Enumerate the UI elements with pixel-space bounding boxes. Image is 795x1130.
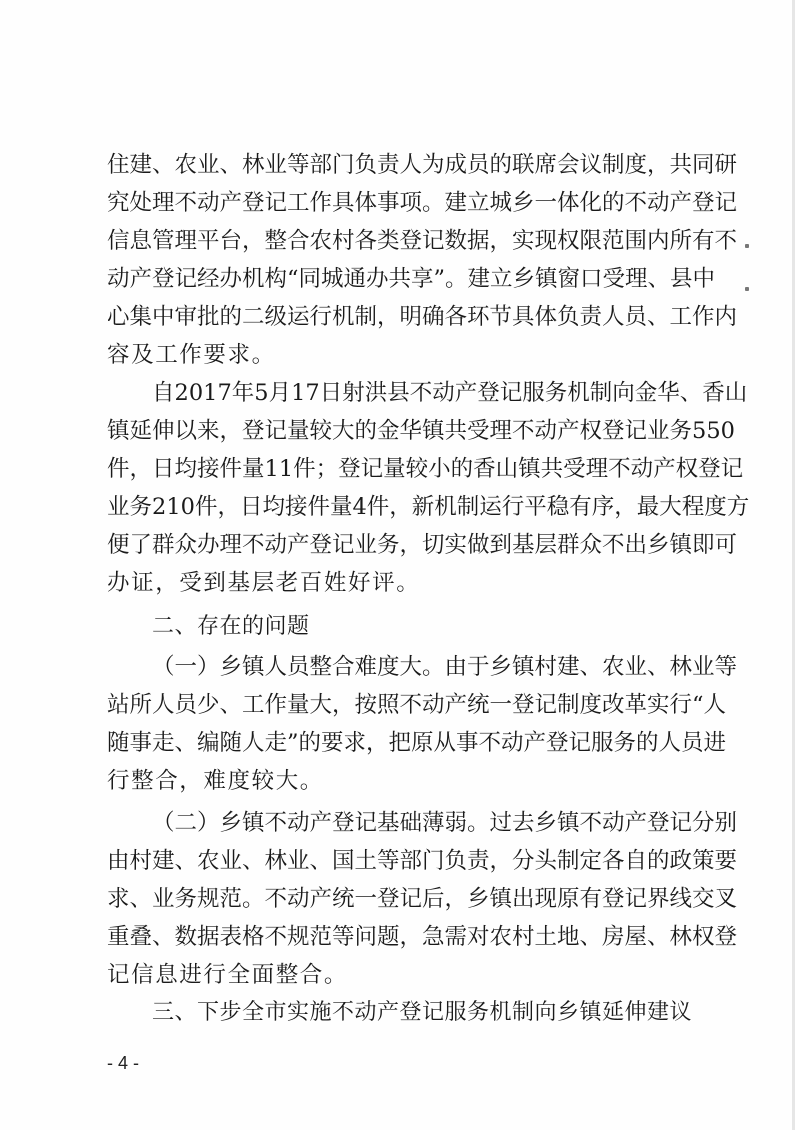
- paragraph-line: 究处理不动产登记工作具体事项。建立城乡一体化的不动产登记: [107, 188, 701, 218]
- paragraph-line: 随事走、编随人走”的要求，把原从事不动产登记服务的人员进: [107, 728, 701, 758]
- paragraph-line: 信息管理平台，整合农村各类登记数据，实现权限范围内所有不: [107, 226, 701, 256]
- paragraph-line: 镇延伸以来，登记量较大的金华镇共受理不动产权登记业务550: [107, 416, 701, 446]
- paragraph-line: （一）乡镇人员整合难度大。由于乡镇村建、农业、林业等: [152, 652, 701, 682]
- scan-speck: [745, 244, 749, 248]
- paragraph-line: 求、业务规范。不动产统一登记后，乡镇出现原有登记界线交叉: [107, 884, 701, 914]
- page-number: - 4 -: [107, 1053, 139, 1074]
- paragraph-line: 件，日均接件量11件；登记量较小的香山镇共受理不动产权登记: [107, 454, 701, 484]
- paragraph-line: 由村建、农业、林业、国土等部门负责，分头制定各自的政策要: [107, 846, 701, 876]
- paragraph-line: 便了群众办理不动产登记业务，切实做到基层群众不出乡镇即可: [107, 530, 701, 560]
- paragraph-line: 办证，受到基层老百姓好评。: [107, 568, 701, 598]
- paragraph-line: 住建、农业、林业等部门负责人为成员的联席会议制度，共同研: [107, 150, 701, 180]
- section-heading: 二、存在的问题: [152, 612, 701, 642]
- paragraph-line: 动产登记经办机构“同城通办共享”。建立乡镇窗口受理、县中: [107, 264, 701, 294]
- paragraph-line: 业务210件，日均接件量4件，新机制运行平稳有序，最大程度方: [107, 492, 701, 522]
- paragraph-line: 容及工作要求。: [107, 340, 701, 370]
- section-heading: 三、下步全市实施不动产登记服务机制向乡镇延伸建议: [152, 998, 701, 1028]
- paragraph-line: 重叠、数据表格不规范等问题，急需对农村土地、房屋、林权登: [107, 922, 701, 952]
- paragraph-line: 站所人员少、工作量大，按照不动产统一登记制度改革实行“人: [107, 690, 701, 720]
- document-page: 住建、农业、林业等部门负责人为成员的联席会议制度，共同研究处理不动产登记工作具体…: [0, 0, 795, 1130]
- paragraph-line: 行整合，难度较大。: [107, 766, 701, 796]
- scan-speck: [745, 287, 749, 291]
- paragraph-line: 记信息进行全面整合。: [107, 960, 701, 990]
- paragraph-line: 心集中审批的二级运行机制，明确各环节具体负责人员、工作内: [107, 302, 701, 332]
- paragraph-line: 自2017年5月17日射洪县不动产登记服务机制向金华、香山: [152, 378, 701, 408]
- paragraph-line: （二）乡镇不动产登记基础薄弱。过去乡镇不动产登记分别: [152, 808, 701, 838]
